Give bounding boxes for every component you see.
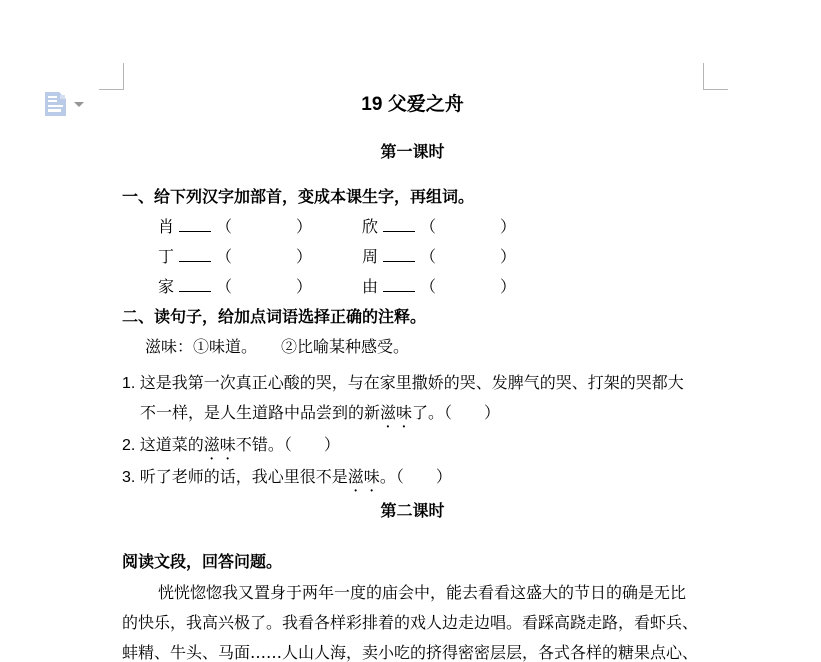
answer-blank[interactable] xyxy=(179,277,211,292)
folded-corner-edge xyxy=(60,95,65,99)
text-boundary-mark-top-right xyxy=(703,63,728,90)
session-one-heading: 第一课时 xyxy=(122,138,703,168)
answer-blank[interactable] xyxy=(383,277,415,292)
exercise-one-heading: 一、给下列汉字加部首，变成本课生字，再组词。 xyxy=(122,183,703,213)
word-parentheses[interactable]: （ ） xyxy=(216,279,312,296)
document-icon[interactable] xyxy=(45,92,66,116)
word-parentheses[interactable]: （ ） xyxy=(216,219,312,236)
word-parentheses[interactable]: （ ） xyxy=(420,249,516,266)
base-character: 丁 xyxy=(158,249,174,266)
question-item-1: 1. 这是我第一次真正心酸的哭，与在家里撒娇的哭、发脾气的哭、打架的哭都大 不一… xyxy=(122,369,703,431)
chevron-down-icon[interactable] xyxy=(74,102,84,107)
document-content: 19 父爱之舟 第一课时 一、给下列汉字加部首，变成本课生字，再组词。 肖（ ）… xyxy=(122,90,703,662)
answer-blank[interactable] xyxy=(179,217,211,232)
word-parentheses[interactable]: （ ） xyxy=(420,279,516,296)
fill-item: 欣（ ） xyxy=(362,213,516,243)
fill-row: 丁（ ） 周（ ） xyxy=(122,243,703,273)
emphasized-word: 滋味 xyxy=(348,469,380,486)
base-character: 肖 xyxy=(158,219,174,236)
fill-item: 丁（ ） xyxy=(158,249,312,266)
session-two-heading: 第二课时 xyxy=(122,497,703,527)
word-definition: 滋味：①味道。 ②比喻某种感受。 xyxy=(122,333,703,363)
base-character: 周 xyxy=(362,249,378,266)
question-item-3: 3. 听了老师的话，我心里很不是滋味。（ ） xyxy=(122,463,703,495)
base-character: 欣 xyxy=(362,219,378,236)
reading-paragraph-line: 蚌精、牛头、马面……人山人海，卖小吃的挤得密密层层，各式各样的糖果点心、 xyxy=(122,638,703,662)
reading-heading: 阅读文段，回答问题。 xyxy=(122,548,703,578)
document-options-button[interactable] xyxy=(45,92,87,118)
base-character: 由 xyxy=(362,279,378,296)
emphasized-word: 滋味 xyxy=(380,405,412,422)
text-boundary-mark-top-left xyxy=(99,63,124,90)
base-character: 家 xyxy=(158,279,174,296)
question-1-line-1: 1. 这是我第一次真正心酸的哭，与在家里撒娇的哭、发脾气的哭、打架的哭都大 xyxy=(122,369,703,399)
word-parentheses[interactable]: （ ） xyxy=(420,219,516,236)
answer-blank[interactable] xyxy=(383,247,415,262)
answer-blank[interactable] xyxy=(179,247,211,262)
word-document-page: 19 父爱之舟 第一课时 一、给下列汉字加部首，变成本课生字，再组词。 肖（ ）… xyxy=(0,0,821,662)
fill-item: 周（ ） xyxy=(362,243,516,273)
word-parentheses[interactable]: （ ） xyxy=(216,249,312,266)
question-item-2: 2. 这道菜的滋味不错。（ ） xyxy=(122,431,703,463)
fill-row: 肖（ ） 欣（ ） xyxy=(122,213,703,243)
fill-item: 肖（ ） xyxy=(158,219,312,236)
reading-paragraph-line: 的快乐，我高兴极了。我看各样彩排着的戏人边走边唱。看踩高跷走路，看虾兵、 xyxy=(122,608,703,638)
fill-row: 家（ ） 由（ ） xyxy=(122,273,703,303)
question-1-line-2: 不一样，是人生道路中品尝到的新滋味了。（ ） xyxy=(122,399,703,431)
emphasized-word: 滋味 xyxy=(204,437,236,454)
exercise-two-heading: 二、读句子，给加点词语选择正确的注释。 xyxy=(122,303,703,333)
lesson-title: 19 父爱之舟 xyxy=(122,90,703,120)
fill-item: 家（ ） xyxy=(158,279,312,296)
reading-paragraph-line: 恍恍惚惚我又置身于两年一度的庙会中，能去看看这盛大的节日的确是无比 xyxy=(122,578,703,608)
answer-blank[interactable] xyxy=(383,217,415,232)
fill-item: 由（ ） xyxy=(362,273,516,303)
